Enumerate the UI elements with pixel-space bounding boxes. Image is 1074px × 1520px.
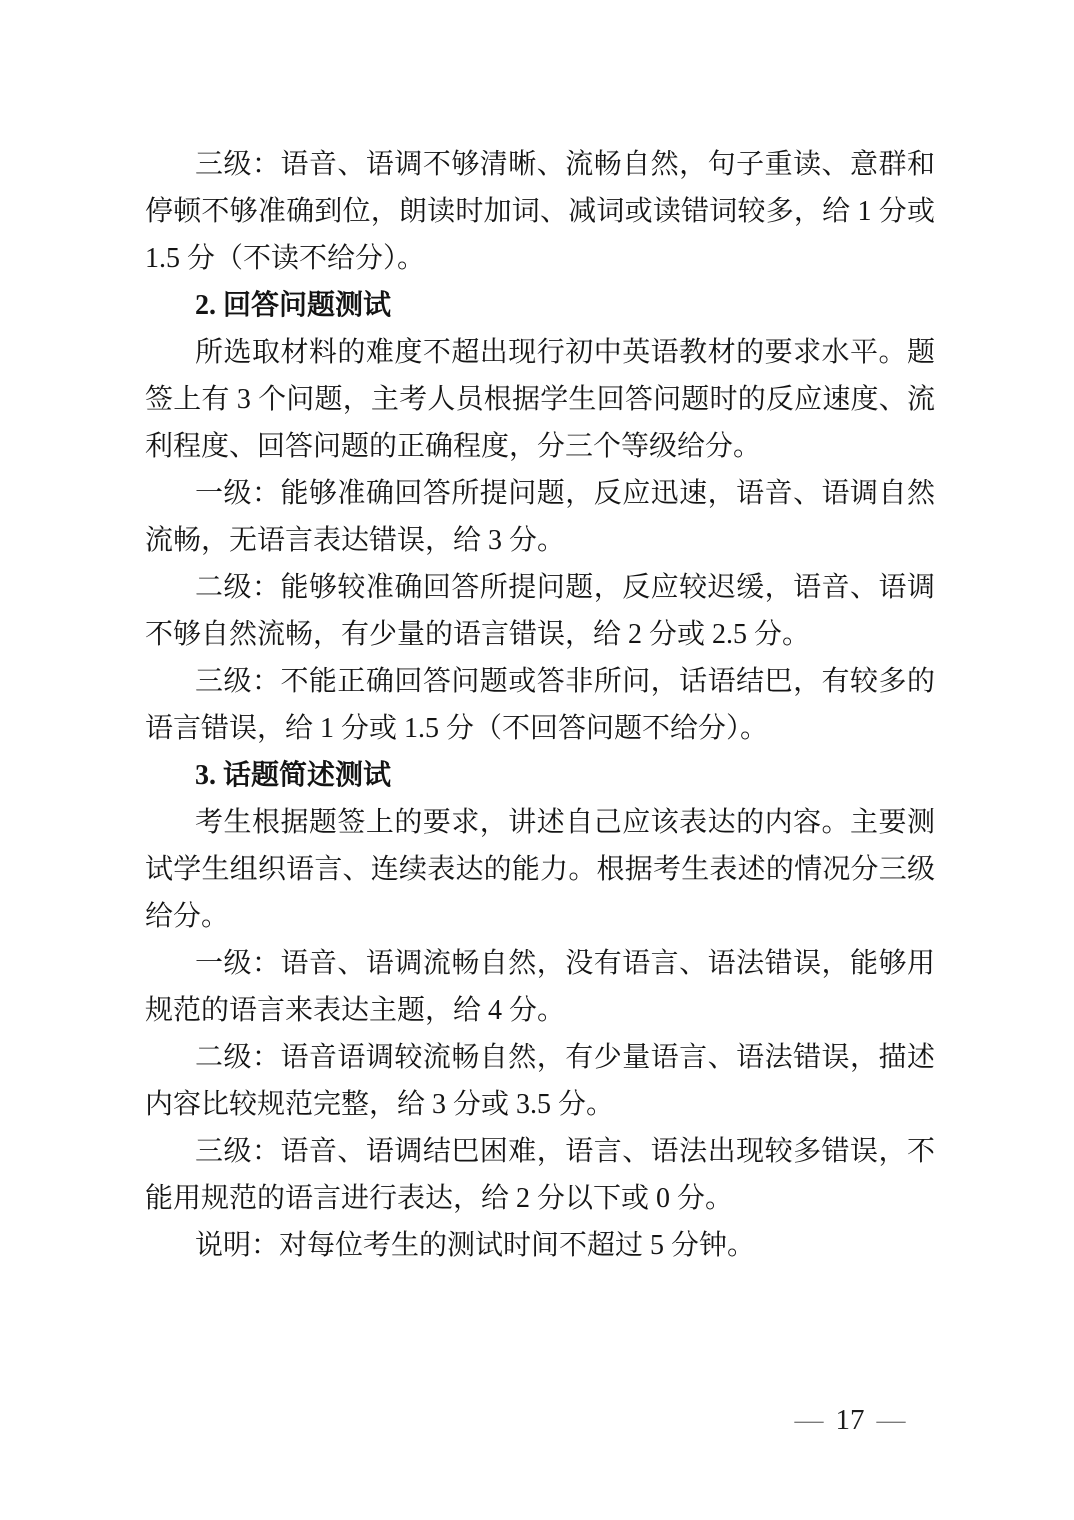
text-line: 停顿不够准确到位，朗读时加词、减词或读错词较多，给 1 分或 xyxy=(145,188,935,235)
text-line: 签上有 3 个问题，主考人员根据学生回答问题时的反应速度、流 xyxy=(145,376,935,423)
footer-left-dash: — xyxy=(795,1404,824,1436)
text-line: 说明：对每位考生的测试时间不超过 5 分钟。 xyxy=(145,1222,935,1269)
text-line: 规范的语言来表达主题，给 4 分。 xyxy=(145,987,935,1034)
text-line: 三级：语音、语调不够清晰、流畅自然，句子重读、意群和 xyxy=(145,141,935,188)
text-line: 三级：语音、语调结巴困难，语言、语法出现较多错误，不 xyxy=(145,1128,935,1175)
footer-right-dash: — xyxy=(877,1404,906,1436)
text-line: 利程度、回答问题的正确程度，分三个等级给分。 xyxy=(145,423,935,470)
text-line: 给分。 xyxy=(145,893,935,940)
page-number: 17 xyxy=(824,1404,877,1436)
text-line: 二级：能够较准确回答所提问题，反应较迟缓，语音、语调 xyxy=(145,564,935,611)
text-line: 语言错误，给 1 分或 1.5 分（不回答问题不给分）。 xyxy=(145,705,935,752)
text-line: 试学生组织语言、连续表达的能力。根据考生表述的情况分三级 xyxy=(145,846,935,893)
text-line: 一级：语音、语调流畅自然，没有语言、语法错误，能够用 xyxy=(145,940,935,987)
document-page: { "document": { "lines": [ { "text": "三级… xyxy=(0,0,1074,1520)
text-block: 三级：语音、语调不够清晰、流畅自然，句子重读、意群和停顿不够准确到位，朗读时加词… xyxy=(145,141,935,1269)
text-line: 一级：能够准确回答所提问题，反应迅速，语音、语调自然 xyxy=(145,470,935,517)
text-line: 二级：语音语调较流畅自然，有少量语言、语法错误，描述 xyxy=(145,1034,935,1081)
section-heading: 3. 话题简述测试 xyxy=(145,752,935,799)
text-line: 三级：不能正确回答问题或答非所问，话语结巴，有较多的 xyxy=(145,658,935,705)
section-heading: 2. 回答问题测试 xyxy=(145,282,935,329)
text-line: 所选取材料的难度不超出现行初中英语教材的要求水平。题 xyxy=(145,329,935,376)
text-line: 考生根据题签上的要求，讲述自己应该表达的内容。主要测 xyxy=(145,799,935,846)
text-line: 1.5 分（不读不给分）。 xyxy=(145,235,935,282)
page-footer: —17— xyxy=(778,1401,922,1439)
text-line: 流畅，无语言表达错误，给 3 分。 xyxy=(145,517,935,564)
text-line: 内容比较规范完整，给 3 分或 3.5 分。 xyxy=(145,1081,935,1128)
text-line: 能用规范的语言进行表达，给 2 分以下或 0 分。 xyxy=(145,1175,935,1222)
page-background: 三级：语音、语调不够清晰、流畅自然，句子重读、意群和停顿不够准确到位，朗读时加词… xyxy=(0,0,1074,1520)
text-line: 不够自然流畅，有少量的语言错误，给 2 分或 2.5 分。 xyxy=(145,611,935,658)
